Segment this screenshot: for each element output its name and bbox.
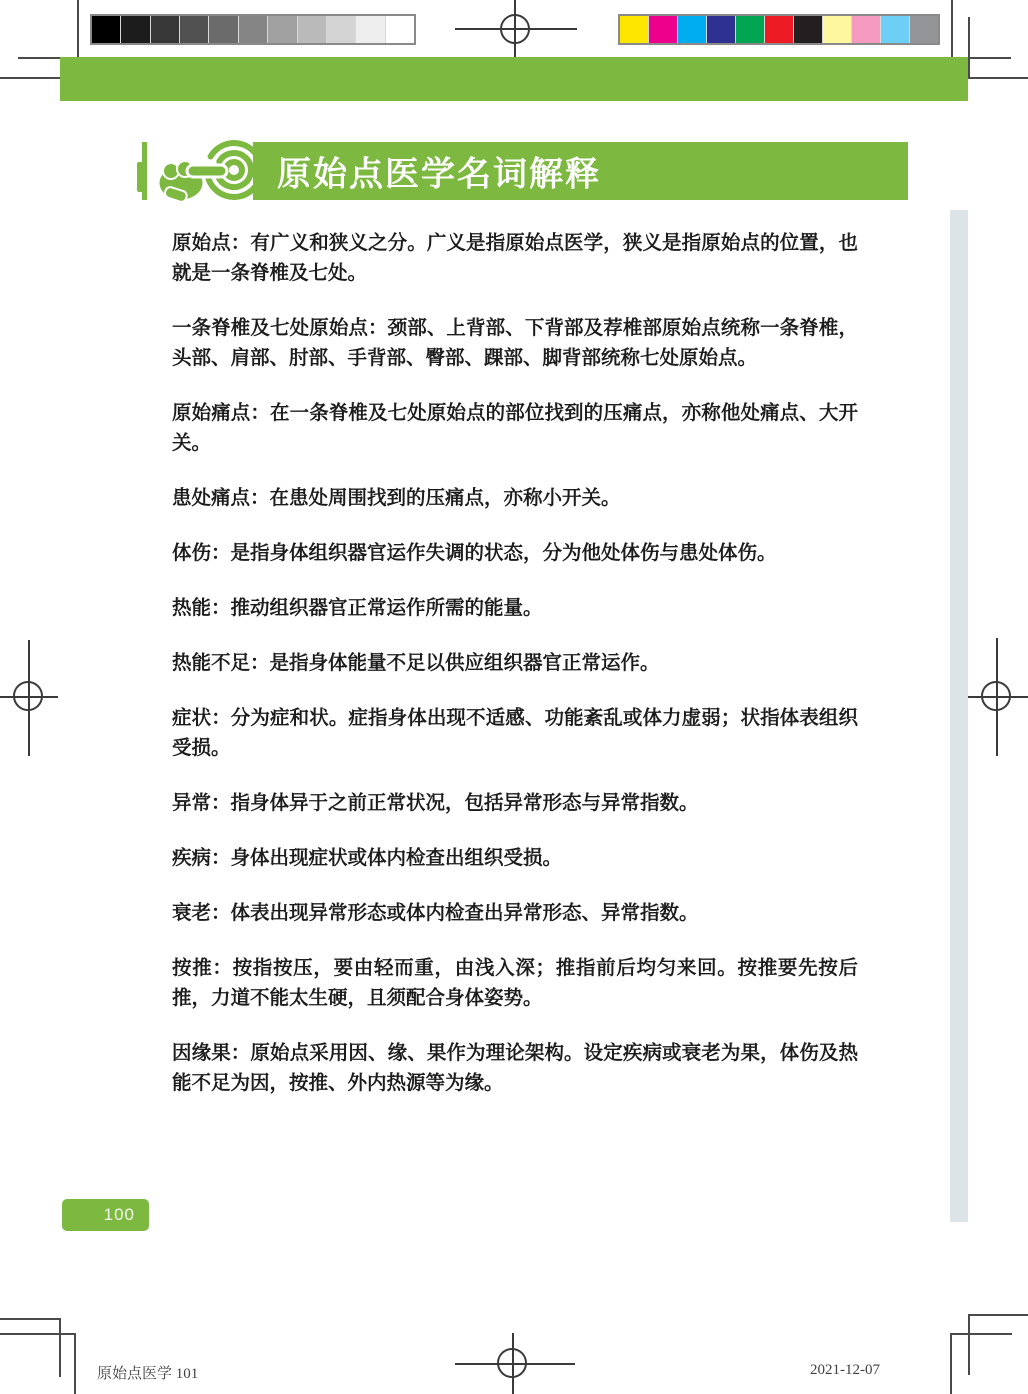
grayscale-swatch — [180, 16, 209, 43]
color-swatch — [765, 16, 794, 43]
crop-mark — [968, 17, 970, 77]
page-number: 100 — [104, 1205, 135, 1225]
color-swatch — [736, 16, 765, 43]
crop-mark — [77, 0, 79, 57]
glossary-paragraph: 原始痛点：在一条脊椎及七处原始点的部位找到的压痛点，亦称他处痛点、大开关。 — [172, 398, 858, 458]
glossary-paragraph: 一条脊椎及七处原始点：颈部、上背部、下背部及荐椎部原始点统称一条脊椎，头部、肩部… — [172, 313, 858, 373]
glossary-text: 原始点：有广义和狭义之分。广义是指原始点医学，狭义是指原始点的位置，也就是一条脊… — [172, 228, 858, 1123]
glossary-paragraph: 因缘果：原始点采用因、缘、果作为理论架构。设定疾病或衰老为果，体伤及热能不足为因… — [172, 1038, 858, 1098]
crop-mark — [0, 77, 60, 79]
glossary-paragraph: 热能不足：是指身体能量不足以供应组织器官正常运作。 — [172, 648, 858, 678]
registration-mark-right — [968, 638, 1028, 756]
glossary-paragraph: 症状：分为症和状。症指身体出现不适感、功能紊乱或体力虚弱；状指体表组织受损。 — [172, 703, 858, 763]
page-title: 原始点医学名词解释 — [277, 147, 601, 196]
registration-mark-left — [0, 640, 58, 756]
footer-book-title: 原始点医学 101 — [97, 1362, 198, 1383]
registration-mark-top — [455, 0, 577, 58]
grayscale-swatch — [121, 16, 150, 43]
page-number-badge: 100 — [62, 1199, 149, 1231]
grayscale-swatch — [239, 16, 268, 43]
crop-mark — [74, 1333, 76, 1394]
color-swatch — [707, 16, 736, 43]
crop-mark — [968, 1314, 1028, 1316]
color-calibration-bar — [618, 14, 940, 45]
crop-mark — [950, 1333, 1012, 1335]
glossary-paragraph: 疾病：身体出现症状或体内检查出组织受损。 — [172, 843, 858, 873]
pressing-hand-icon — [135, 134, 265, 214]
glossary-paragraph: 衰老：体表出现异常形态或体内检查出异常形态、异常指数。 — [172, 898, 858, 928]
grayscale-swatch — [298, 16, 327, 43]
color-swatch — [910, 16, 938, 43]
glossary-paragraph: 患处痛点：在患处周围找到的压痛点，亦称小开关。 — [172, 483, 858, 513]
color-swatch — [823, 16, 852, 43]
grayscale-swatch — [386, 16, 414, 43]
crop-mark — [0, 1318, 59, 1320]
grayscale-swatch — [268, 16, 297, 43]
glossary-paragraph: 热能：推动组织器官正常运作所需的能量。 — [172, 593, 858, 623]
crop-mark — [951, 0, 953, 57]
grayscale-swatch — [356, 16, 385, 43]
color-swatch — [620, 16, 649, 43]
top-green-band — [60, 57, 968, 101]
registration-mark-bottom — [455, 1333, 575, 1394]
section-header-banner: 原始点医学名词解释 — [142, 142, 908, 200]
footer-date: 2021-12-07 — [778, 1362, 880, 1379]
crop-mark — [59, 1318, 61, 1377]
glossary-paragraph: 异常：指身体异于之前正常状况，包括异常形态与异常指数。 — [172, 788, 858, 818]
crop-mark — [0, 1333, 74, 1335]
grayscale-calibration-bar — [90, 14, 416, 45]
right-side-strip — [950, 210, 968, 1222]
glossary-paragraph: 按推：按指按压，要由轻而重，由浅入深；推指前后均匀来回。按推要先按后推，力道不能… — [172, 953, 858, 1013]
color-swatch — [678, 16, 707, 43]
grayscale-swatch — [151, 16, 180, 43]
color-swatch — [794, 16, 823, 43]
color-swatch — [649, 16, 678, 43]
glossary-paragraph: 体伤：是指身体组织器官运作失调的状态，分为他处体伤与患处体伤。 — [172, 538, 858, 568]
color-swatch — [852, 16, 881, 43]
color-swatch — [881, 16, 910, 43]
crop-mark — [950, 1333, 952, 1394]
document-page: 原始点医学名词解释 原始点：有广义和狭义之分。广义是指原始点医学，狭义是指原始点… — [0, 0, 1028, 1394]
glossary-paragraph: 原始点：有广义和狭义之分。广义是指原始点医学，狭义是指原始点的位置，也就是一条脊… — [172, 228, 858, 288]
crop-mark — [968, 1314, 970, 1375]
grayscale-swatch — [327, 16, 356, 43]
grayscale-swatch — [209, 16, 238, 43]
grayscale-swatch — [92, 16, 121, 43]
crop-mark — [968, 77, 1028, 79]
